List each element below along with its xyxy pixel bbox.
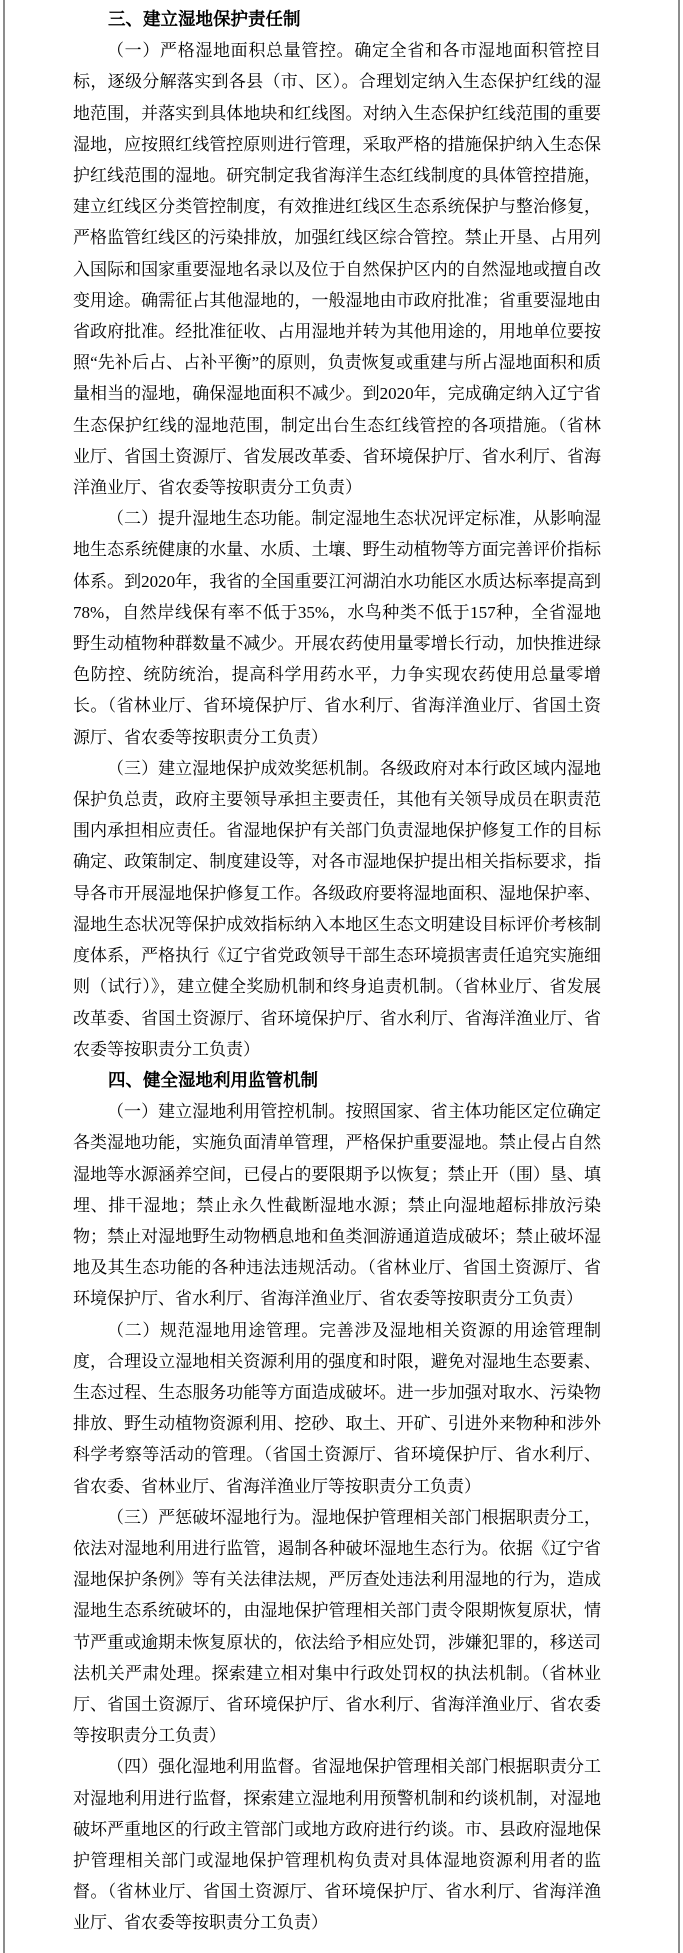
section-3-paragraph-2: （二）提升湿地生态功能。制定湿地生态状况评定标准，从影响湿地生态系统健康的水量、… <box>73 503 601 753</box>
section-3-paragraph-3: （三）建立湿地保护成效奖惩机制。各级政府对本行政区域内湿地保护负总责，政府主要领… <box>73 753 601 1065</box>
section-4-paragraph-2: （二）规范湿地用途管理。完善涉及湿地相关资源的用途管理制度，合理设立湿地相关资源… <box>73 1315 601 1502</box>
section-4-heading: 四、健全湿地利用监管机制 <box>73 1065 601 1096</box>
document-body: 三、建立湿地保护责任制 （一）严格湿地面积总量管控。确定全省和各市湿地面积管控目… <box>0 0 683 1953</box>
section-4-paragraph-4: （四）强化湿地利用监督。省湿地保护管理相关部门根据职责分工对湿地利用进行监督，探… <box>73 1751 601 1938</box>
page-right-edge-line <box>678 0 680 1953</box>
section-3-heading: 三、建立湿地保护责任制 <box>73 4 601 35</box>
section-4-paragraph-1: （一）建立湿地利用管控机制。按照国家、省主体功能区定位确定各类湿地功能，实施负面… <box>73 1096 601 1314</box>
document-page: 三、建立湿地保护责任制 （一）严格湿地面积总量管控。确定全省和各市湿地面积管控目… <box>0 0 683 1953</box>
page-left-edge-line <box>3 0 5 1953</box>
section-4-paragraph-3: （三）严惩破坏湿地行为。湿地保护管理相关部门根据职责分工，依法对湿地利用进行监管… <box>73 1502 601 1752</box>
section-3-paragraph-1: （一）严格湿地面积总量管控。确定全省和各市湿地面积管控目标，逐级分解落实到各县（… <box>73 35 601 503</box>
